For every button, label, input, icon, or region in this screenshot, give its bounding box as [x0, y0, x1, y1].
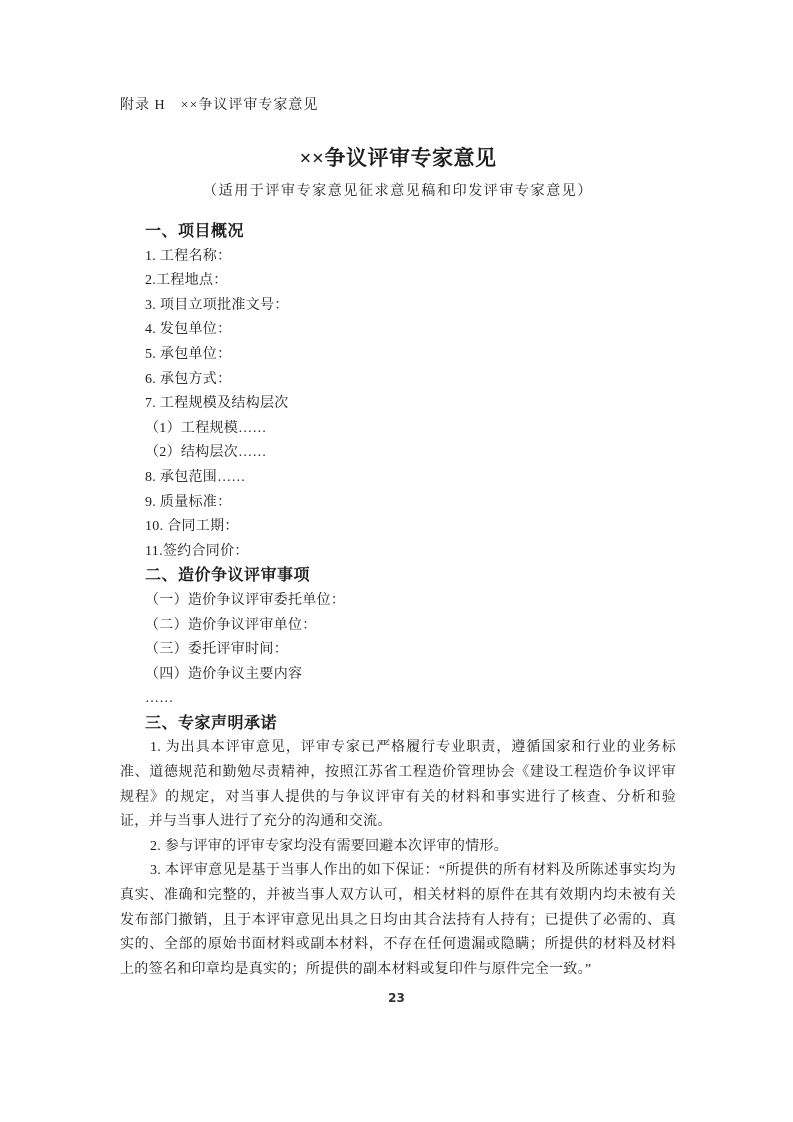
list-item: 2.工程地点：	[120, 269, 676, 294]
declaration-paragraph: 1. 为出具本评审意见，评审专家已严格履行专业职责，遵循国家和行业的业务标准、道…	[120, 736, 676, 834]
list-item: 10. 合同工期：	[120, 515, 676, 540]
section-heading-dispute-review-matters: 二、造价争议评审事项	[120, 564, 676, 589]
list-item: 8. 承包范围……	[120, 466, 676, 491]
list-item: 4. 发包单位：	[120, 318, 676, 343]
list-item: 1. 工程名称：	[120, 245, 676, 270]
list-item: （二）造价争议评审单位：	[120, 614, 676, 639]
page-number: 23	[0, 991, 793, 1005]
list-item: 6. 承包方式：	[120, 368, 676, 393]
list-item: （四）造价争议主要内容	[120, 663, 676, 688]
document-body: 一、项目概况 1. 工程名称： 2.工程地点： 3. 项目立项批准文号： 4. …	[120, 220, 676, 982]
list-item: ……	[120, 687, 676, 712]
appendix-heading: 附录 H ××争议评审专家意见	[120, 96, 676, 116]
list-item: （三）委托评审时间：	[120, 638, 676, 663]
list-item: 3. 项目立项批准文号：	[120, 294, 676, 319]
section-heading-project-overview: 一、项目概况	[120, 220, 676, 245]
declaration-paragraph: 3. 本评审意见是基于当事人作出的如下保证：“所提供的所有材料及所陈述事实均为真…	[120, 859, 676, 982]
document-page: 附录 H ××争议评审专家意见 ××争议评审专家意见 （适用于评审专家意见征求意…	[0, 0, 793, 1122]
list-item: （1）工程规模……	[120, 417, 676, 442]
list-item: （2）结构层次……	[120, 441, 676, 466]
declaration-paragraph: 2. 参与评审的评审专家均没有需要回避本次评审的情形。	[120, 835, 676, 860]
section-heading-expert-declaration: 三、专家声明承诺	[120, 712, 676, 737]
list-item: 7. 工程规模及结构层次	[120, 392, 676, 417]
document-subtitle: （适用于评审专家意见征求意见稿和印发评审专家意见）	[120, 182, 676, 202]
list-item: 5. 承包单位：	[120, 343, 676, 368]
document-title: ××争议评审专家意见	[120, 144, 676, 172]
list-item: 9. 质量标准：	[120, 491, 676, 516]
list-item: 11.签约合同价：	[120, 540, 676, 565]
list-item: （一）造价争议评审委托单位：	[120, 589, 676, 614]
